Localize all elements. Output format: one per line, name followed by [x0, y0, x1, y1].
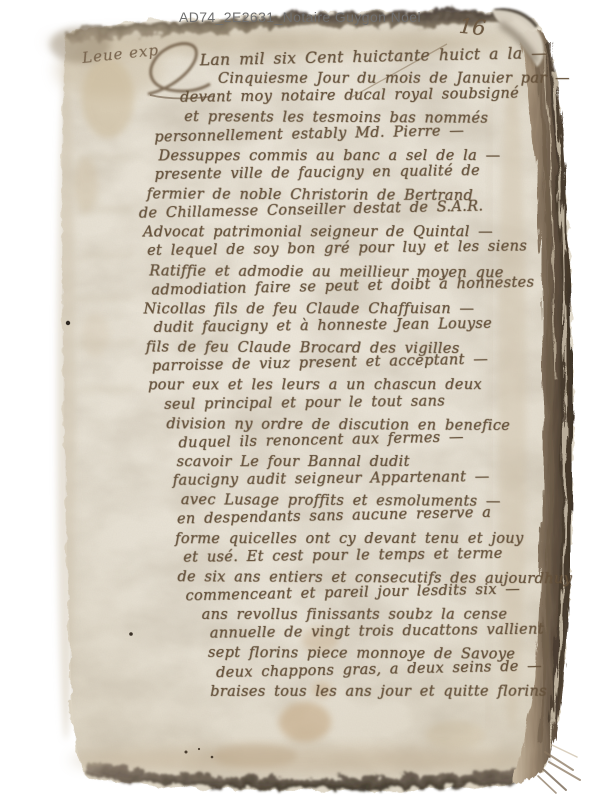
- handwriting-line: annuelle de vingt trois ducattons vallie…: [210, 621, 552, 644]
- handwriting-line: braises tous les ans jour et quitte flor…: [210, 682, 552, 701]
- handwriting-line: et usé. Et cest pour le temps et terme: [183, 544, 551, 568]
- folio-number: 16: [458, 15, 487, 40]
- ink-blot: [66, 321, 70, 325]
- handwriting-line: dudit faucigny et à honneste Jean Louyse: [154, 314, 550, 338]
- handwriting-line: et lequel de soy bon gré pour luy et les…: [147, 238, 549, 262]
- ink-blot: [129, 632, 133, 636]
- handwriting-line: faucigny audit seigneur Appartenant —: [173, 467, 551, 491]
- ink-speck: [211, 756, 214, 759]
- frayed-fibres: [538, 745, 580, 793]
- handwriting-line: presente ville de faucigny en qualité de: [154, 161, 548, 185]
- ink-speck: [185, 751, 188, 754]
- archive-watermark: AD74_2E2631_Notaire Guygon Noel: [0, 8, 600, 26]
- handwriting-line: devant moy notaire ducal royal soubsigné: [180, 85, 548, 109]
- handwriting-block: Lan mil six Cent huictante huict a la — …: [134, 49, 553, 703]
- manuscript-scan: AD74_2E2631_Notaire Guygon Noel 16 Leue …: [0, 0, 600, 800]
- handwriting-line: seul principal et pour le tout sans: [164, 391, 550, 415]
- ink-speck: [198, 748, 200, 750]
